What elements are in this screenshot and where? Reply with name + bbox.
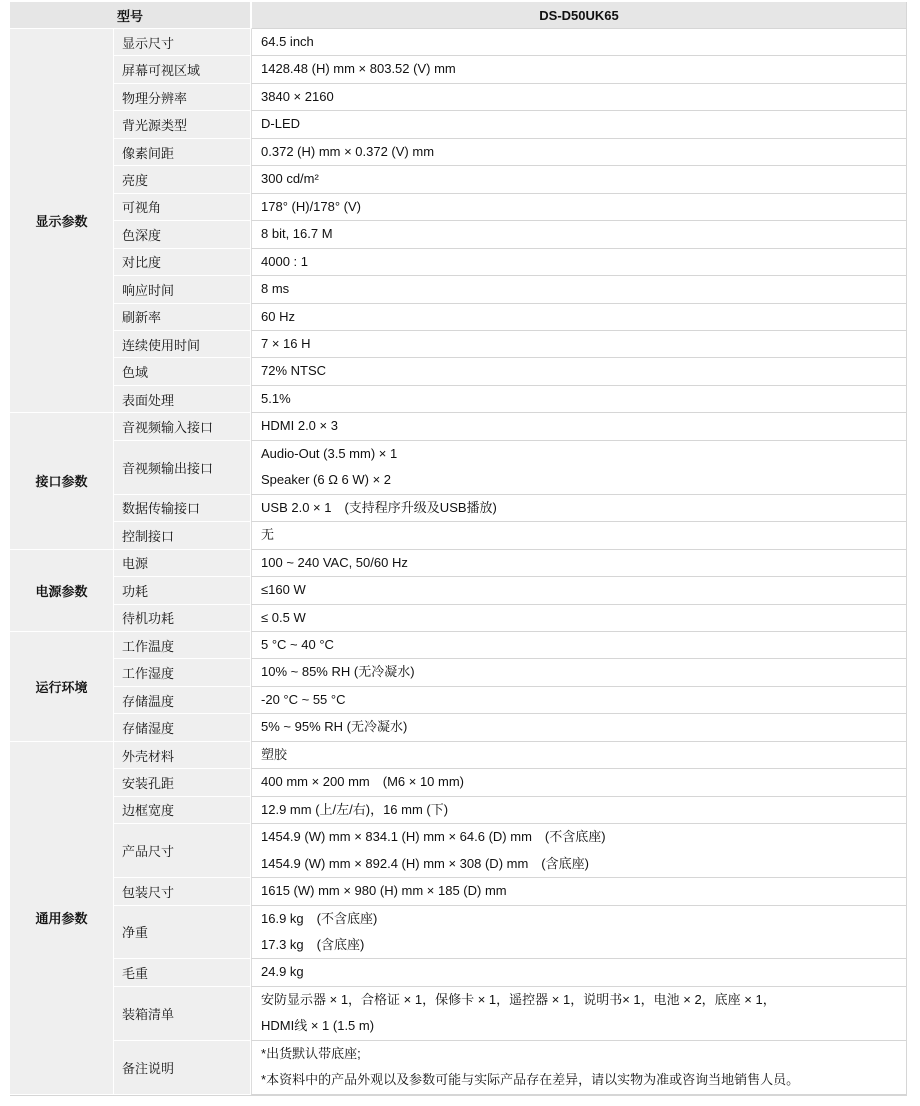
spec-row: 物理分辨率3840 × 2160 xyxy=(10,84,907,111)
spec-label-cell: 连续使用时间 xyxy=(114,331,251,358)
spec-row: 亮度300 cd/m² xyxy=(10,166,907,193)
spec-label-cell: 电源 xyxy=(114,550,251,577)
spec-table: 型号 DS-D50UK65 显示参数显示尺寸64.5 inch屏幕可视区域142… xyxy=(10,2,907,1096)
spec-row: 待机功耗≤ 0.5 W xyxy=(10,605,907,632)
spec-value-line: USB 2.0 × 1 (支持程序升级及USB播放) xyxy=(261,495,900,521)
spec-label-cell: 安装孔距 xyxy=(114,769,251,796)
spec-row: 电源参数电源100 ~ 240 VAC, 50/60 Hz xyxy=(10,550,907,577)
spec-label-cell: 净重 xyxy=(114,906,251,960)
spec-label-cell: 产品尺寸 xyxy=(114,824,251,878)
spec-value-line: 100 ~ 240 VAC, 50/60 Hz xyxy=(261,550,900,576)
spec-row: 色深度8 bit, 16.7 M xyxy=(10,221,907,248)
spec-value-line: 无 xyxy=(261,522,900,548)
spec-value-cell: 300 cd/m² xyxy=(251,166,907,193)
spec-label-cell: 数据传输接口 xyxy=(114,495,251,522)
spec-value-cell: 400 mm × 200 mm (M6 × 10 mm) xyxy=(251,769,907,796)
spec-value-line: 60 Hz xyxy=(261,304,900,330)
spec-row: 像素间距0.372 (H) mm × 0.372 (V) mm xyxy=(10,139,907,166)
spec-label-cell: 背光源类型 xyxy=(114,111,251,138)
spec-value-line: 72% NTSC xyxy=(261,358,900,384)
spec-row: 工作湿度10% ~ 85% RH (无冷凝水) xyxy=(10,659,907,686)
spec-value-cell: 安防显示器 × 1，合格证 × 1，保修卡 × 1，遥控器 × 1，说明书× 1… xyxy=(251,987,907,1041)
spec-value-line: 178° (H)/178° (V) xyxy=(261,194,900,220)
spec-row: 接口参数音视频输入接口HDMI 2.0 × 3 xyxy=(10,413,907,440)
spec-value-cell: D-LED xyxy=(251,111,907,138)
spec-value-line: 64.5 inch xyxy=(261,29,900,55)
spec-value-line: HDMI线 × 1 (1.5 m) xyxy=(261,1013,900,1039)
model-label-cell: 型号 xyxy=(10,2,251,29)
spec-value-cell: 8 bit, 16.7 M xyxy=(251,221,907,248)
spec-label-cell: 外壳材料 xyxy=(114,742,251,769)
spec-value-line: 安防显示器 × 1，合格证 × 1，保修卡 × 1，遥控器 × 1，说明书× 1… xyxy=(261,987,900,1013)
spec-value-cell: HDMI 2.0 × 3 xyxy=(251,413,907,440)
spec-row: 存储温度-20 °C ~ 55 °C xyxy=(10,687,907,714)
spec-value-cell: 1615 (W) mm × 980 (H) mm × 185 (D) mm xyxy=(251,878,907,905)
spec-value-cell: 7 × 16 H xyxy=(251,331,907,358)
spec-sheet-page: 型号 DS-D50UK65 显示参数显示尺寸64.5 inch屏幕可视区域142… xyxy=(0,0,920,1106)
spec-value-line: 1428.48 (H) mm × 803.52 (V) mm xyxy=(261,56,900,82)
section-header-cell: 电源参数 xyxy=(10,550,114,632)
spec-value-line: 塑胶 xyxy=(261,742,900,768)
spec-row: 音视频输出接口Audio-Out (3.5 mm) × 1Speaker (6 … xyxy=(10,441,907,495)
spec-row: 可视角178° (H)/178° (V) xyxy=(10,194,907,221)
spec-row: 连续使用时间7 × 16 H xyxy=(10,331,907,358)
spec-value-cell: 4000 : 1 xyxy=(251,249,907,276)
spec-label-cell: 表面处理 xyxy=(114,386,251,413)
spec-value-line: 16.9 kg (不含底座) xyxy=(261,906,900,932)
spec-label-cell: 备注说明 xyxy=(114,1041,251,1095)
spec-label-cell: 边框宽度 xyxy=(114,797,251,824)
spec-row: 毛重24.9 kg xyxy=(10,959,907,986)
spec-value-line: 5% ~ 95% RH (无冷凝水) xyxy=(261,714,900,740)
spec-value-cell: 64.5 inch xyxy=(251,29,907,56)
spec-row: 安装孔距400 mm × 200 mm (M6 × 10 mm) xyxy=(10,769,907,796)
spec-value-line: D-LED xyxy=(261,111,900,137)
section-header-cell: 接口参数 xyxy=(10,413,114,549)
spec-label-cell: 可视角 xyxy=(114,194,251,221)
spec-label-cell: 屏幕可视区域 xyxy=(114,56,251,83)
spec-label-cell: 装箱清单 xyxy=(114,987,251,1041)
spec-row: 运行环境工作温度5 °C ~ 40 °C xyxy=(10,632,907,659)
table-header-row: 型号 DS-D50UK65 xyxy=(10,2,907,29)
spec-value-line: *本资料中的产品外观以及参数可能与实际产品存在差异，请以实物为准或咨询当地销售人… xyxy=(261,1067,900,1093)
spec-label-cell: 毛重 xyxy=(114,959,251,986)
spec-value-cell: ≤160 W xyxy=(251,577,907,604)
spec-value-cell: 16.9 kg (不含底座)17.3 kg (含底座) xyxy=(251,906,907,960)
spec-value-cell: USB 2.0 × 1 (支持程序升级及USB播放) xyxy=(251,495,907,522)
section-header-cell: 运行环境 xyxy=(10,632,114,742)
spec-value-cell: 3840 × 2160 xyxy=(251,84,907,111)
spec-value-cell: 72% NTSC xyxy=(251,358,907,385)
spec-row: 背光源类型D-LED xyxy=(10,111,907,138)
spec-row: 边框宽度12.9 mm (上/左/右)，16 mm (下) xyxy=(10,797,907,824)
spec-value-cell: *出货默认带底座;*本资料中的产品外观以及参数可能与实际产品存在差异，请以实物为… xyxy=(251,1041,907,1095)
spec-value-cell: Audio-Out (3.5 mm) × 1Speaker (6 Ω 6 W) … xyxy=(251,441,907,495)
spec-value-line: HDMI 2.0 × 3 xyxy=(261,413,900,439)
spec-value-cell: 5% ~ 95% RH (无冷凝水) xyxy=(251,714,907,741)
spec-value-line: -20 °C ~ 55 °C xyxy=(261,687,900,713)
spec-value-line: 1615 (W) mm × 980 (H) mm × 185 (D) mm xyxy=(261,878,900,904)
spec-value-line: 5 °C ~ 40 °C xyxy=(261,632,900,658)
spec-row: 备注说明*出货默认带底座;*本资料中的产品外观以及参数可能与实际产品存在差异，请… xyxy=(10,1041,907,1095)
spec-value-cell: ≤ 0.5 W xyxy=(251,605,907,632)
spec-row: 屏幕可视区域1428.48 (H) mm × 803.52 (V) mm xyxy=(10,56,907,83)
spec-label-cell: 对比度 xyxy=(114,249,251,276)
spec-value-cell: 5 °C ~ 40 °C xyxy=(251,632,907,659)
spec-value-line: Audio-Out (3.5 mm) × 1 xyxy=(261,441,900,467)
spec-value-cell: 10% ~ 85% RH (无冷凝水) xyxy=(251,659,907,686)
spec-label-cell: 色深度 xyxy=(114,221,251,248)
spec-value-cell: 24.9 kg xyxy=(251,959,907,986)
spec-row: 功耗≤160 W xyxy=(10,577,907,604)
spec-value-line: 3840 × 2160 xyxy=(261,84,900,110)
spec-value-line: 300 cd/m² xyxy=(261,166,900,192)
section-header-cell: 显示参数 xyxy=(10,29,114,413)
spec-value-cell: 1428.48 (H) mm × 803.52 (V) mm xyxy=(251,56,907,83)
spec-row: 通用参数外壳材料塑胶 xyxy=(10,742,907,769)
spec-label-cell: 存储湿度 xyxy=(114,714,251,741)
spec-value-line: 8 ms xyxy=(261,276,900,302)
spec-label-cell: 物理分辨率 xyxy=(114,84,251,111)
spec-value-line: 1454.9 (W) mm × 892.4 (H) mm × 308 (D) m… xyxy=(261,851,900,877)
spec-value-cell: 12.9 mm (上/左/右)，16 mm (下) xyxy=(251,797,907,824)
spec-label-cell: 包装尺寸 xyxy=(114,878,251,905)
spec-label-cell: 工作温度 xyxy=(114,632,251,659)
spec-value-line: 5.1% xyxy=(261,386,900,412)
spec-value-line: ≤ 0.5 W xyxy=(261,605,900,631)
spec-value-cell: 60 Hz xyxy=(251,304,907,331)
spec-value-cell: 0.372 (H) mm × 0.372 (V) mm xyxy=(251,139,907,166)
spec-label-cell: 亮度 xyxy=(114,166,251,193)
spec-value-line: 1454.9 (W) mm × 834.1 (H) mm × 64.6 (D) … xyxy=(261,824,900,850)
spec-label-cell: 响应时间 xyxy=(114,276,251,303)
spec-row: 装箱清单安防显示器 × 1，合格证 × 1，保修卡 × 1，遥控器 × 1，说明… xyxy=(10,987,907,1041)
spec-value-line: 10% ~ 85% RH (无冷凝水) xyxy=(261,659,900,685)
spec-value-line: 7 × 16 H xyxy=(261,331,900,357)
spec-label-cell: 色域 xyxy=(114,358,251,385)
spec-value-cell: 5.1% xyxy=(251,386,907,413)
spec-value-cell: 无 xyxy=(251,522,907,549)
spec-value-cell: 100 ~ 240 VAC, 50/60 Hz xyxy=(251,550,907,577)
spec-label-cell: 音视频输入接口 xyxy=(114,413,251,440)
spec-row: 包装尺寸1615 (W) mm × 980 (H) mm × 185 (D) m… xyxy=(10,878,907,905)
spec-label-cell: 待机功耗 xyxy=(114,605,251,632)
spec-table-body: 显示参数显示尺寸64.5 inch屏幕可视区域1428.48 (H) mm × … xyxy=(10,29,907,1095)
spec-value-line: *出货默认带底座; xyxy=(261,1041,900,1067)
spec-label-cell: 存储温度 xyxy=(114,687,251,714)
spec-value-cell: 1454.9 (W) mm × 834.1 (H) mm × 64.6 (D) … xyxy=(251,824,907,878)
spec-row: 产品尺寸1454.9 (W) mm × 834.1 (H) mm × 64.6 … xyxy=(10,824,907,878)
section-header-cell: 通用参数 xyxy=(10,742,114,1095)
spec-row: 存储湿度5% ~ 95% RH (无冷凝水) xyxy=(10,714,907,741)
spec-row: 刷新率60 Hz xyxy=(10,304,907,331)
spec-row: 响应时间8 ms xyxy=(10,276,907,303)
spec-value-cell: -20 °C ~ 55 °C xyxy=(251,687,907,714)
spec-row: 显示参数显示尺寸64.5 inch xyxy=(10,29,907,56)
model-value-cell: DS-D50UK65 xyxy=(251,2,907,29)
spec-value-cell: 塑胶 xyxy=(251,742,907,769)
spec-value-line: 400 mm × 200 mm (M6 × 10 mm) xyxy=(261,769,900,795)
spec-value-line: 24.9 kg xyxy=(261,959,900,985)
spec-value-line: 17.3 kg (含底座) xyxy=(261,932,900,958)
spec-value-line: Speaker (6 Ω 6 W) × 2 xyxy=(261,467,900,493)
spec-row: 数据传输接口USB 2.0 × 1 (支持程序升级及USB播放) xyxy=(10,495,907,522)
spec-row: 表面处理5.1% xyxy=(10,386,907,413)
spec-label-cell: 工作湿度 xyxy=(114,659,251,686)
spec-row: 对比度4000 : 1 xyxy=(10,249,907,276)
spec-value-cell: 8 ms xyxy=(251,276,907,303)
spec-value-line: 8 bit, 16.7 M xyxy=(261,221,900,247)
spec-value-line: 12.9 mm (上/左/右)，16 mm (下) xyxy=(261,797,900,823)
spec-row: 控制接口无 xyxy=(10,522,907,549)
spec-label-cell: 刷新率 xyxy=(114,304,251,331)
spec-label-cell: 显示尺寸 xyxy=(114,29,251,56)
spec-value-line: 0.372 (H) mm × 0.372 (V) mm xyxy=(261,139,900,165)
spec-label-cell: 控制接口 xyxy=(114,522,251,549)
spec-label-cell: 像素间距 xyxy=(114,139,251,166)
spec-value-line: ≤160 W xyxy=(261,577,900,603)
spec-row: 色域72% NTSC xyxy=(10,358,907,385)
spec-value-line: 4000 : 1 xyxy=(261,249,900,275)
spec-label-cell: 音视频输出接口 xyxy=(114,441,251,495)
spec-value-cell: 178° (H)/178° (V) xyxy=(251,194,907,221)
spec-row: 净重16.9 kg (不含底座)17.3 kg (含底座) xyxy=(10,906,907,960)
spec-label-cell: 功耗 xyxy=(114,577,251,604)
